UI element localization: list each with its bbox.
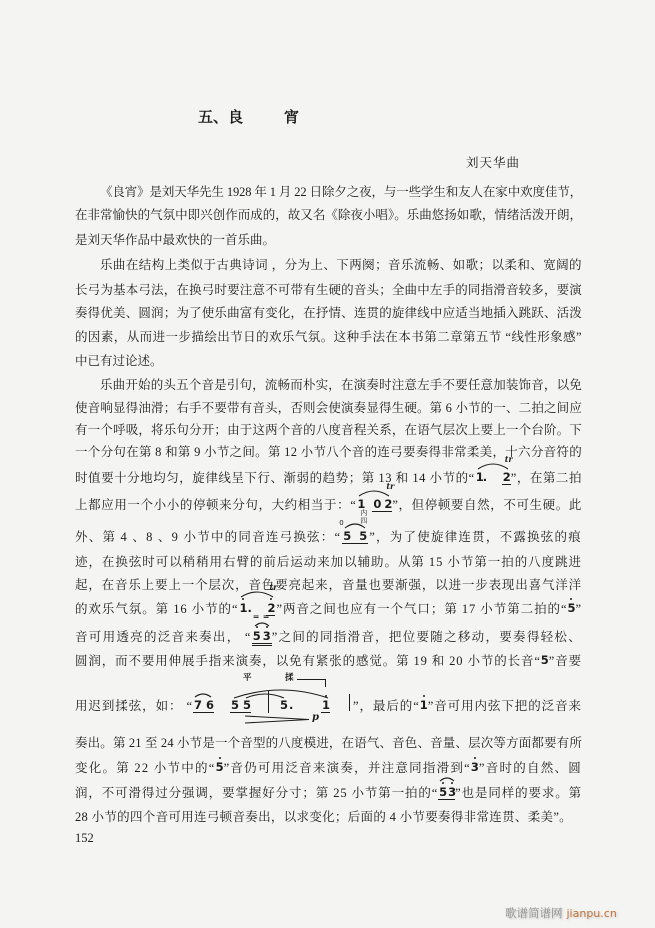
text-segment: ”也是同样的要求。第 [455,786,582,800]
jianpu-notation: 5 3 [438,785,455,799]
text-segment: ”，最后的“ [353,699,420,713]
text-segment: 是刘天华作品中最欢快的一首乐曲。 [75,233,275,247]
note-digit: 5 [243,699,251,711]
note-digit: 1 [239,602,247,614]
slur-icon [254,621,270,627]
note-digit: 3 [263,630,271,642]
body-line: 乐曲在结构上类似于古典诗词 ，分为上、下两阕；音乐流畅、如歌；以柔和、宽阔的 [100,257,582,273]
watermark-domain: jianpu.cn [567,907,617,920]
body-line: 迹，在换弦时可以稍稍用右臂的前后运动来加以辅助。从第 15 小节第一拍的八度跳进 [75,554,582,570]
text-segment: 奏出。第 21 至 24 小节是一个音型的八度模进，在语气、音色、音量、层次等方… [75,736,582,750]
section-title-prefix: 五、良 [198,109,243,127]
octave-dot [474,757,476,759]
text-segment: ”两音之间也应有一个气口；第 17 小节第二拍的“ [276,602,567,616]
body-line: 在非常愉快的气氛中即兴创作而成的，故又名《除夜小唱》。乐曲悠扬如歌，情绪活泼开朗… [75,207,582,223]
note-digit: 5 [439,786,447,798]
body-line: 用迟到揉弦，如： “ 7 6 5 5 5 . 1 平 揉 [75,698,582,714]
augmentation-dot: . [247,602,251,614]
text-segment: ” [575,602,582,616]
text-segment: 奏得优美、圆润；为了使乐曲富有变化，在抒情、连贯的旋律线中应适当地插入跳跃、活泼 [75,306,582,320]
text-segment: ”音仍可用泛音来演奏，并注意同指滑到“ [224,761,471,775]
trill-mark: tr [386,482,394,490]
body-line: 奏得优美、圆润；为了使乐曲富有变化，在抒情、连贯的旋律线中应适当地插入跳跃、活泼 [75,305,582,321]
text-segment: 长弓为基本弓法，在换弓时要注意不可带有生硬的音头；全曲中左手的同指滑音较多，要演 [75,283,582,297]
vibrato-label: 揉 [285,674,294,683]
augmentation-dot: . [289,699,293,711]
jianpu-notation: 5 [567,601,575,615]
jianpu-notation: 3 [471,760,479,774]
text-segment: 乐曲在结构上类似于古典诗词 ，分为上、下两阕；音乐流畅、如歌；以柔和、宽阔的 [100,258,582,272]
text-segment: ”，为了使旋律连贯，不露换弦的痕 [369,530,582,544]
text-segment: ”，在第二拍 [511,471,582,485]
technique-label: 平 [243,674,252,683]
note-digit: 5 [231,699,239,711]
text-segment: 在非常愉快的气氛中即兴创作而成的，故又名《除夜小唱》。乐曲悠扬如歌，情绪活泼开朗… [75,208,582,222]
text-segment: 用迟到揉弦，如： “ [75,699,193,713]
text-segment: 使音响显得油滑；右手不要带有音头，否则会使演奏显得生硬。第 6 小节的一、二拍之… [75,401,582,415]
note-digit: 2 [503,471,511,483]
note-digit: 2 [384,498,392,510]
title-char: 宵 [284,110,299,126]
body-line: 起，在音乐上要上一个层次，音色要亮起来，音量也要渐强，以进一步表现出喜气洋洋 [75,577,582,593]
body-line: 上都应用一个小小的停顿来分句，大约相当于：“ 1 0 2 tr ”，但停顿要自然… [75,497,582,513]
note-digit: 3 [448,786,456,798]
note-digit: 7 [194,699,202,711]
text-segment: 乐曲开始的头五个音是引句，流畅而朴实，在演奏时注意左手不要任意加装饰音，以免 [100,378,582,392]
underline [252,645,272,646]
text-segment: ”之间的同指滑音，把位要随之移动，要奏得轻松、 [272,630,582,644]
vibrato-bracket [297,679,326,687]
text-segment: 润，不可滑得过分强调，要掌握好分寸；第 25 小节第一拍的“ [75,786,438,800]
text-segment: 上都应用一个小小的停顿来分句，大约相当于：“ [75,498,356,512]
body-line: 中已有过论述。 [75,353,163,369]
book-page: 五、良 宵 刘天华曲 《良宵》是刘天华先生 1928 年 1 月 22 日除夕之… [0,0,655,928]
section-title-suffix: 宵 [284,109,299,127]
note-digit: 5 [343,530,351,542]
text-segment: ”音可用内弦下把的泛音来 [428,699,582,713]
slur-icon [245,692,285,699]
octave-dot [242,598,244,600]
note-digit: 5 [253,630,261,642]
underline [438,799,455,800]
underline [372,511,392,512]
note-digit: 0 [373,498,381,510]
text-segment: 迹，在换弦时可以稍稍用右臂的前后运动来加以辅助。从第 15 小节第一拍的八度跳进 [75,555,582,569]
music-excerpt: 7 6 5 5 5 . 1 平 揉 p [193,698,353,712]
body-line: 的欢乐气氛。第 16 小节的“ 1 . 2 tr ”两音之间也应有一个气口；第 … [75,601,582,617]
harmonic-mark: = [253,613,260,621]
text-segment: 《良宵》是刘天华先生 1928 年 1 月 22 日除夕之夜，与一些学生和友人在… [100,185,582,199]
jianpu-notation: 5 5 0 内 四 [341,529,369,543]
slur-icon [439,776,455,782]
body-line: 是刘天华作品中最欢快的一首乐曲。 [75,232,275,248]
octave-dot [442,782,444,784]
text-segment: 外、第 4 、8 、9 小节中的同音连弓换弦：“ [75,530,341,544]
note-digit: 3 [471,761,479,773]
jianpu-notation: 5 3 = = [252,629,272,643]
dynamic-mark: p [312,713,319,723]
body-line: 时值要十分地均匀，旋律线呈下行、渐弱的趋势；第 13 和 14 小节的“ 1 .… [75,470,582,486]
open-string-mark: 0 [339,519,343,527]
text-segment: 中已有过论述。 [75,354,163,368]
underline [252,643,272,644]
text-segment: 28 小节的四个音可用连弓顿音奏出，以求变化；后面的 4 小节要奏得非常连贯、柔… [75,810,572,824]
slur-icon [477,462,509,470]
text-segment: ”，但停顿要自然，不可生硬。此 [392,498,582,512]
body-line: 润，不可滑得过分强调，要掌握好分寸；第 25 小节第一拍的“ 5 3 ”也是同样… [75,785,582,801]
trill-mark: tr [269,583,277,591]
text-segment: 的因素，从而进一步描绘出节日的欢乐气氛。这种手法在本书第二章第五节 “线性形象感… [75,330,582,344]
octave-dot [219,757,221,759]
underline [502,484,511,485]
text-segment: 的欢乐气氛。第 16 小节的“ [75,602,238,616]
title-char: 良 [228,110,243,126]
note-digit: 5 [216,761,224,773]
body-line: 的因素，从而进一步描绘出节日的欢乐气氛。这种手法在本书第二章第五节 “线性形象感… [75,329,582,345]
decrescendo-icon [245,715,311,724]
watermark: 歌谱简谱网jianpu.cn [505,905,617,921]
text-segment: ”音时的自然、圆 [479,761,582,775]
jianpu-notation: 1 . 2 tr [475,470,511,484]
body-line: 乐曲开始的头五个音是引句，流畅而朴实，在演奏时注意左手不要任意加装饰音，以免 [100,377,582,393]
finger-mark: 四 [360,517,367,525]
composer-credit: 刘天华曲 [466,155,520,171]
text-segment: 时值要十分地均匀，旋律线呈下行、渐弱的趋势；第 13 和 14 小节的“ [75,471,475,485]
page-number: 152 [75,830,94,846]
body-line: 长弓为基本弓法，在换弓时要注意不可带有生硬的音头；全曲中左手的同指滑音较多，要演 [75,282,582,298]
inner-string-mark: 内 [360,509,367,517]
underline [321,712,330,713]
harmonic-mark: = [263,613,270,621]
body-line: 外、第 4 、8 、9 小节中的同音连弓换弦：“ 5 5 0 内 四 ”，为了使… [75,529,582,545]
body-line: 《良宵》是刘天华先生 1928 年 1 月 22 日除夕之夜，与一些学生和友人在… [100,184,582,200]
text-segment: 音可用透亮的泛音来奏出， “ [75,630,252,644]
text-segment: 圆润，而不要用伸展手指来演奏，以免有紧张的感觉。第 19 和 20 小节的长音“ [75,654,541,668]
octave-dot [451,782,453,784]
text-segment: 起，在音乐上要上一个层次，音色要亮起来，音量也要渐强，以进一步表现出喜气洋洋 [75,578,582,592]
octave-dot [270,598,272,600]
slur-icon [194,692,212,698]
trill-mark: tr [505,455,513,463]
jianpu-notation: 5 [541,653,549,667]
octave-dot [423,695,425,697]
title-number: 五、 [198,110,228,126]
body-line: 奏出。第 21 至 24 小节是一个音型的八度模进，在语气、音色、音量、层次等方… [75,735,582,751]
note-digit: 1 [420,699,428,711]
underline [193,712,214,713]
text-segment: 变化。第 22 小节中的“ [75,761,216,775]
note-digit: 5 [359,530,367,542]
body-line: 变化。第 22 小节中的“ 5 ”音仍可用泛音来演奏，并注意同指滑到“ 3 ”音… [75,760,582,776]
body-line: 音可用透亮的泛音来奏出， “ 5 3 = = ”之间的同指滑音，把位要随之移动，… [75,629,582,645]
body-line: 有一个呼吸，将乐句分开；由于这两个音的八度音程关系，在语气层次上要上一个台阶。下 [75,422,582,438]
note-digit: 5 [541,654,549,666]
text-segment: ”音要 [549,654,582,668]
note-digit: 5 [567,602,575,614]
barline [349,694,350,711]
underline [230,712,251,713]
note-digit: 1 [322,699,330,711]
augmentation-dot: . [483,471,487,483]
watermark-site-name: 歌谱简谱网 [505,906,563,920]
body-line: 使音响显得油滑；右手不要带有音头，否则会使演奏显得生硬。第 6 小节的一、二拍之… [75,400,582,416]
body-line: 圆润，而不要用伸展手指来演奏，以免有紧张的感觉。第 19 和 20 小节的长音“… [75,653,582,669]
jianpu-notation: 1 [420,698,428,712]
jianpu-notation: 5 [216,760,224,774]
underline [342,543,368,544]
note-digit: 5 [280,699,288,711]
body-line: 28 小节的四个音可用连弓顿音奏出，以求变化；后面的 4 小节要奏得非常连贯、柔… [75,809,572,825]
note-digit: 6 [206,699,214,711]
text-segment: 有一个呼吸，将乐句分开；由于这两个音的八度音程关系，在语气层次上要上一个台阶。下 [75,423,582,437]
octave-dot [570,598,572,600]
